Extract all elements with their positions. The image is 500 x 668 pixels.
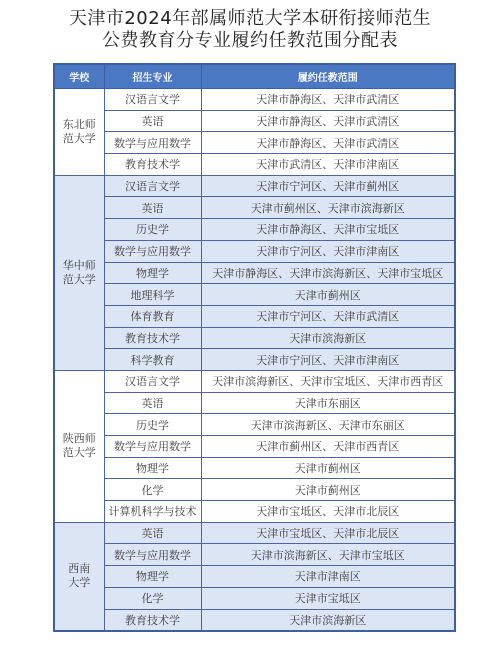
major-cell: 英语 bbox=[104, 392, 201, 414]
major-cell: 体育教育 bbox=[104, 305, 201, 327]
major-cell: 数学与应用数学 bbox=[104, 544, 201, 566]
scope-cell: 天津市宝坻区、天津市北辰区 bbox=[201, 522, 455, 544]
major-cell: 教育技术学 bbox=[104, 327, 201, 349]
scope-cell: 天津市宁河区、天津市津南区 bbox=[201, 240, 455, 262]
scope-cell: 天津市蓟州区、天津市滨海新区 bbox=[201, 197, 455, 219]
major-cell: 物理学 bbox=[104, 457, 201, 479]
major-cell: 英语 bbox=[104, 522, 201, 544]
major-cell: 物理学 bbox=[104, 566, 201, 588]
scope-cell: 天津市东丽区 bbox=[201, 392, 455, 414]
table-row: 数学与应用数学天津市滨海新区、天津市宝坻区 bbox=[54, 544, 455, 566]
table-row: 历史学天津市静海区、天津市宝坻区 bbox=[54, 219, 455, 241]
table-row: 化学天津市宝坻区 bbox=[54, 587, 455, 609]
major-cell: 数学与应用数学 bbox=[104, 132, 201, 154]
header-major: 招生专业 bbox=[104, 64, 201, 89]
table-row: 科学教育天津市宁河区、天津市津南区 bbox=[54, 349, 455, 371]
scope-cell: 天津市滨海新区、天津市东丽区 bbox=[201, 414, 455, 436]
school-cell: 西南大学 bbox=[54, 522, 104, 631]
scope-cell: 天津市滨海新区 bbox=[201, 327, 455, 349]
table-body: 东北师范大学汉语言文学天津市静海区、天津市武清区英语天津市静海区、天津市武清区数… bbox=[54, 89, 455, 632]
table-row: 地理科学天津市蓟州区 bbox=[54, 284, 455, 306]
table-row: 英语天津市东丽区 bbox=[54, 392, 455, 414]
major-cell: 英语 bbox=[104, 197, 201, 219]
table-row: 教育技术学天津市滨海新区 bbox=[54, 609, 455, 631]
major-cell: 计算机科学与技术 bbox=[104, 501, 201, 523]
header-scope: 履约任教范围 bbox=[201, 64, 455, 89]
table-row: 东北师范大学汉语言文学天津市静海区、天津市武清区 bbox=[54, 89, 455, 111]
scope-cell: 天津市宝坻区 bbox=[201, 587, 455, 609]
major-cell: 科学教育 bbox=[104, 349, 201, 371]
scope-cell: 天津市静海区、天津市武清区 bbox=[201, 110, 455, 132]
scope-cell: 天津市宝坻区、天津市北辰区 bbox=[201, 501, 455, 523]
major-cell: 汉语言文学 bbox=[104, 370, 201, 392]
scope-cell: 天津市静海区、天津市宝坻区 bbox=[201, 219, 455, 241]
table-row: 英语天津市蓟州区、天津市滨海新区 bbox=[54, 197, 455, 219]
major-cell: 汉语言文学 bbox=[104, 89, 201, 111]
page-title: 天津市2024年部属师范大学本研衔接师范生 公费教育分专业履约任教范围分配表 bbox=[0, 8, 500, 52]
scope-cell: 天津市滨海新区、天津市宝坻区、天津市西青区 bbox=[201, 370, 455, 392]
school-name-line: 范大学 bbox=[55, 273, 104, 287]
table-row: 计算机科学与技术天津市宝坻区、天津市北辰区 bbox=[54, 501, 455, 523]
major-cell: 教育技术学 bbox=[104, 609, 201, 631]
table-row: 教育技术学天津市武清区、天津市津南区 bbox=[54, 154, 455, 176]
school-name-line: 范大学 bbox=[55, 132, 104, 146]
scope-cell: 天津市滨海新区、天津市宝坻区 bbox=[201, 544, 455, 566]
table-row: 英语天津市静海区、天津市武清区 bbox=[54, 110, 455, 132]
scope-cell: 天津市宁河区、天津市津南区 bbox=[201, 349, 455, 371]
scope-cell: 天津市静海区、天津市滨海新区、天津市宝坻区 bbox=[201, 262, 455, 284]
school-name-line: 东北师 bbox=[55, 118, 104, 132]
table-row: 西南大学英语天津市宝坻区、天津市北辰区 bbox=[54, 522, 455, 544]
scope-cell: 天津市蓟州区 bbox=[201, 284, 455, 306]
major-cell: 数学与应用数学 bbox=[104, 436, 201, 458]
major-cell: 化学 bbox=[104, 479, 201, 501]
school-name-line: 华中师 bbox=[55, 259, 104, 273]
table-row: 数学与应用数学天津市蓟州区、天津市西青区 bbox=[54, 436, 455, 458]
table-row: 历史学天津市滨海新区、天津市东丽区 bbox=[54, 414, 455, 436]
scope-cell: 天津市宁河区、天津市蓟州区 bbox=[201, 175, 455, 197]
scope-cell: 天津市滨海新区 bbox=[201, 609, 455, 631]
table-row: 化学天津市蓟州区 bbox=[54, 479, 455, 501]
major-cell: 地理科学 bbox=[104, 284, 201, 306]
school-cell: 东北师范大学 bbox=[54, 89, 104, 176]
title-line-2: 公费教育分专业履约任教范围分配表 bbox=[0, 30, 500, 52]
school-name-line: 陕西师 bbox=[55, 432, 104, 446]
header-school: 学校 bbox=[54, 64, 104, 89]
major-cell: 历史学 bbox=[104, 219, 201, 241]
table-row: 体育教育天津市宁河区、天津市武清区 bbox=[54, 305, 455, 327]
major-cell: 教育技术学 bbox=[104, 154, 201, 176]
major-cell: 数学与应用数学 bbox=[104, 240, 201, 262]
school-name-line: 大学 bbox=[55, 576, 104, 590]
school-cell: 陕西师范大学 bbox=[54, 370, 104, 522]
title-line-1: 天津市2024年部属师范大学本研衔接师范生 bbox=[0, 8, 500, 30]
major-cell: 汉语言文学 bbox=[104, 175, 201, 197]
major-cell: 历史学 bbox=[104, 414, 201, 436]
table-row: 教育技术学天津市滨海新区 bbox=[54, 327, 455, 349]
major-cell: 物理学 bbox=[104, 262, 201, 284]
table-row: 数学与应用数学天津市静海区、天津市武清区 bbox=[54, 132, 455, 154]
table-row: 物理学天津市蓟州区 bbox=[54, 457, 455, 479]
school-cell: 华中师范大学 bbox=[54, 175, 104, 370]
table-row: 物理学天津市静海区、天津市滨海新区、天津市宝坻区 bbox=[54, 262, 455, 284]
scope-cell: 天津市津南区 bbox=[201, 566, 455, 588]
scope-cell: 天津市蓟州区、天津市西青区 bbox=[201, 436, 455, 458]
scope-cell: 天津市静海区、天津市武清区 bbox=[201, 89, 455, 111]
table-row: 数学与应用数学天津市宁河区、天津市津南区 bbox=[54, 240, 455, 262]
scope-cell: 天津市静海区、天津市武清区 bbox=[201, 132, 455, 154]
scope-cell: 天津市宁河区、天津市武清区 bbox=[201, 305, 455, 327]
major-cell: 英语 bbox=[104, 110, 201, 132]
allocation-table: 学校 招生专业 履约任教范围 东北师范大学汉语言文学天津市静海区、天津市武清区英… bbox=[53, 63, 456, 632]
school-name-line: 范大学 bbox=[55, 446, 104, 460]
table-row: 陕西师范大学汉语言文学天津市滨海新区、天津市宝坻区、天津市西青区 bbox=[54, 370, 455, 392]
scope-cell: 天津市蓟州区 bbox=[201, 457, 455, 479]
scope-cell: 天津市武清区、天津市津南区 bbox=[201, 154, 455, 176]
table-header-row: 学校 招生专业 履约任教范围 bbox=[54, 64, 455, 89]
table-row: 物理学天津市津南区 bbox=[54, 566, 455, 588]
school-name-line: 西南 bbox=[55, 562, 104, 576]
scope-cell: 天津市蓟州区 bbox=[201, 479, 455, 501]
major-cell: 化学 bbox=[104, 587, 201, 609]
table-row: 华中师范大学汉语言文学天津市宁河区、天津市蓟州区 bbox=[54, 175, 455, 197]
